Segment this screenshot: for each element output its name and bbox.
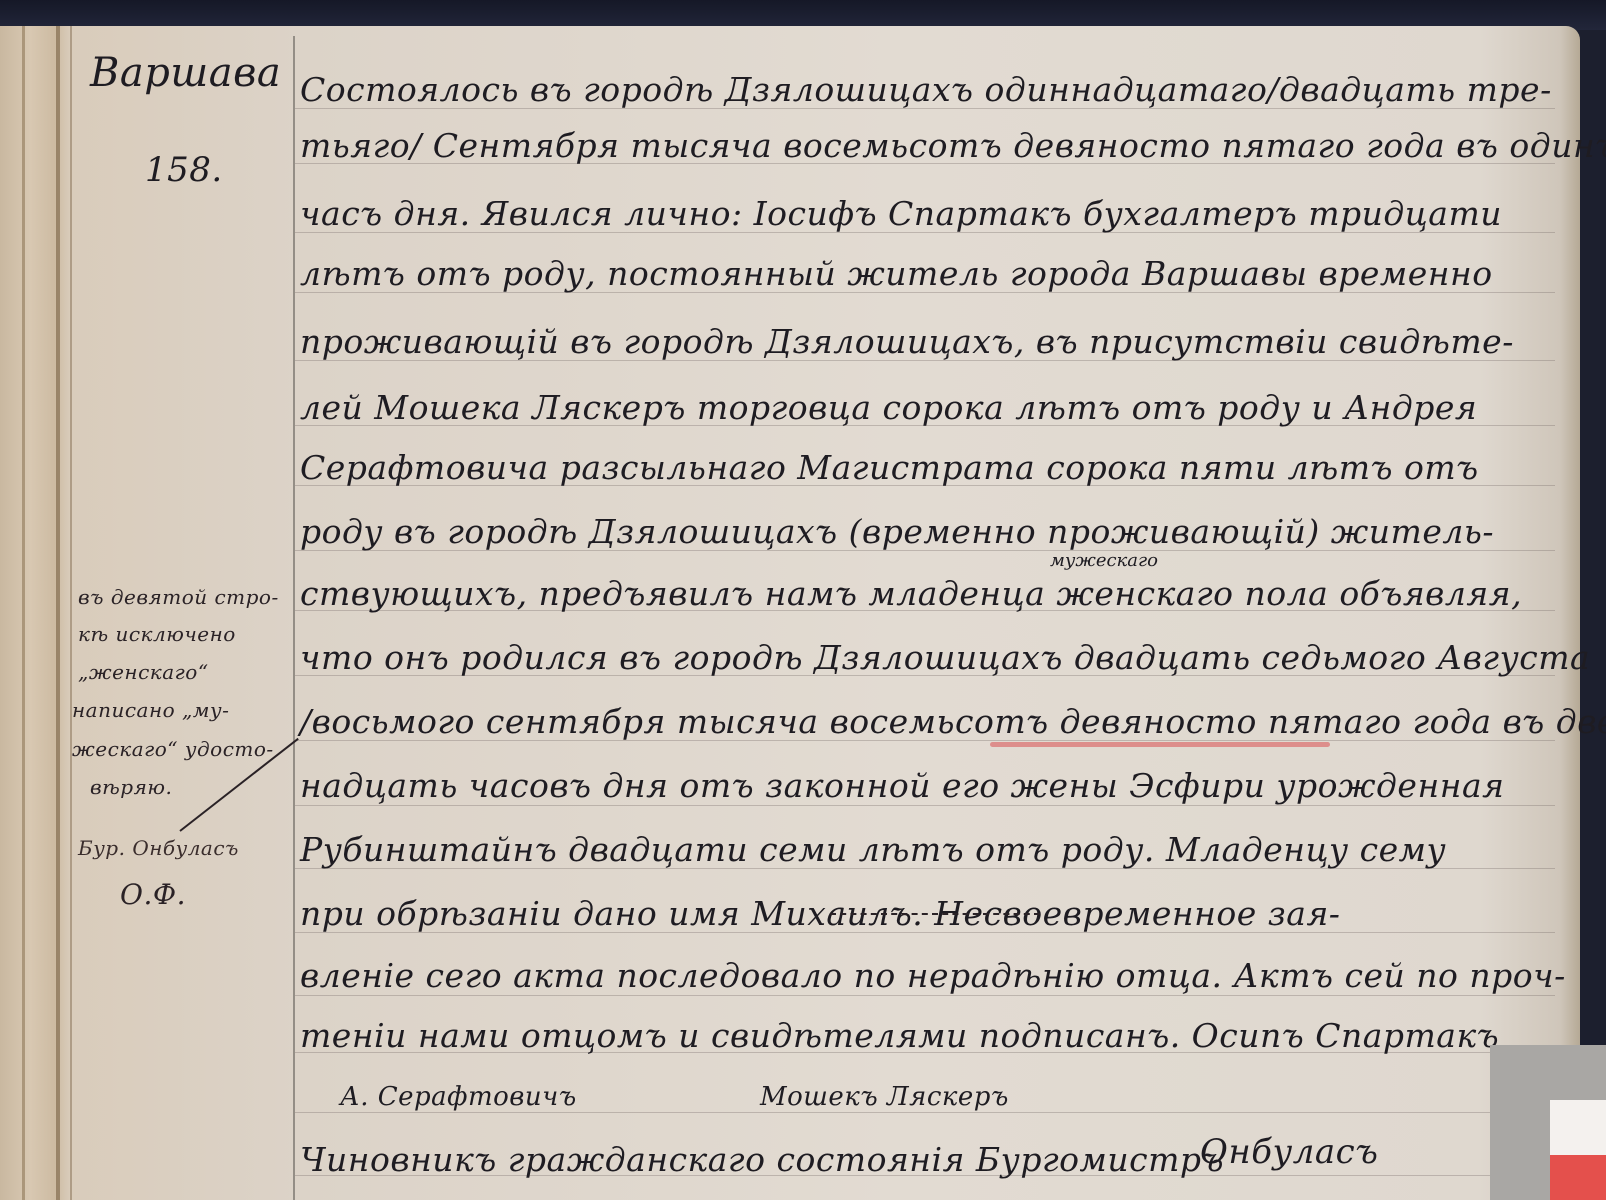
record-text-line: часъ дня. Явился лично: Іосифъ Спартакъ …	[300, 194, 1502, 233]
record-text-line: вленіе сего акта последовало по нерадѣні…	[300, 956, 1566, 995]
binding-edge	[70, 26, 72, 1200]
record-text-line: надцать часовъ дня отъ законной его жены…	[300, 766, 1504, 805]
margin-rule-line	[293, 36, 295, 1200]
binding-edge	[56, 26, 60, 1200]
record-text-line: лей Мошека Ляскеръ торговца сорока лѣтъ …	[300, 388, 1477, 427]
record-text-line: при обрѣзаніи дано имя Михаилъ. Несвоевр…	[300, 894, 1340, 933]
record-text-line: роду въ городѣ Дзялошицахъ (временно про…	[300, 512, 1494, 551]
red-pencil-underline	[990, 742, 1330, 747]
flag-white-stripe	[1550, 1100, 1606, 1155]
margin-correction-line: жескаго“ удосто-	[72, 737, 274, 761]
record-text-line: Состоялось въ городѣ Дзялошицахъ одиннад…	[300, 70, 1552, 109]
margin-correction-line: въ девятой стро-	[78, 585, 279, 609]
record-text-line: /восьмого сентября тысяча восемьсотъ дев…	[300, 702, 1606, 741]
binding-edge	[22, 26, 25, 1200]
ruled-line	[295, 995, 1555, 996]
record-text-line: Серафтовича разсыльнаго Магистрата сорок…	[300, 448, 1479, 487]
official-title-line: Чиновникъ гражданскаго состоянія Бургоми…	[300, 1140, 1224, 1179]
margin-correction-line: кѣ исключено	[78, 622, 236, 646]
margin-place-name: Варшава	[90, 50, 281, 96]
record-text-line: проживающій въ городѣ Дзялошицахъ, въ пр…	[300, 322, 1514, 361]
record-text-line: тьяго/ Сентября тысяча восемьсотъ девяно…	[300, 126, 1606, 165]
witness-signature-2: Мошекъ Ляскеръ	[760, 1082, 1009, 1112]
margin-correction-line: написано „му-	[72, 698, 229, 722]
official-signature: Онбуласъ	[1200, 1132, 1378, 1172]
margin-correction-line: вѣряю.	[90, 775, 172, 799]
record-text-line: что онъ родился въ городѣ Дзялошицахъ дв…	[300, 638, 1590, 677]
witness-signature-1: А. Серафтовичъ	[340, 1082, 577, 1112]
margin-correction-line: „женскаго“	[78, 660, 209, 684]
margin-initials: О.Ф.	[120, 878, 186, 911]
ruled-line	[295, 805, 1555, 806]
record-number: 158.	[145, 150, 223, 190]
record-text-line: Рубинштайнъ двадцати семи лѣтъ отъ роду.…	[300, 830, 1446, 869]
ruled-line	[295, 1112, 1555, 1113]
flag-red-stripe	[1550, 1155, 1606, 1200]
record-text-line: теніи нами отцомъ и свидѣтелями подписан…	[300, 1016, 1499, 1055]
inserted-correction-word: мужескаго	[1050, 550, 1158, 571]
burgomaster-margin-signature: Бур. Онбуласъ	[78, 836, 239, 860]
record-text-line: лѣтъ отъ роду, постоянный житель города …	[300, 254, 1493, 293]
child-name-underline	[830, 910, 1040, 915]
record-text-line: ствующихъ, предъявилъ намъ младенца женс…	[300, 574, 1522, 613]
